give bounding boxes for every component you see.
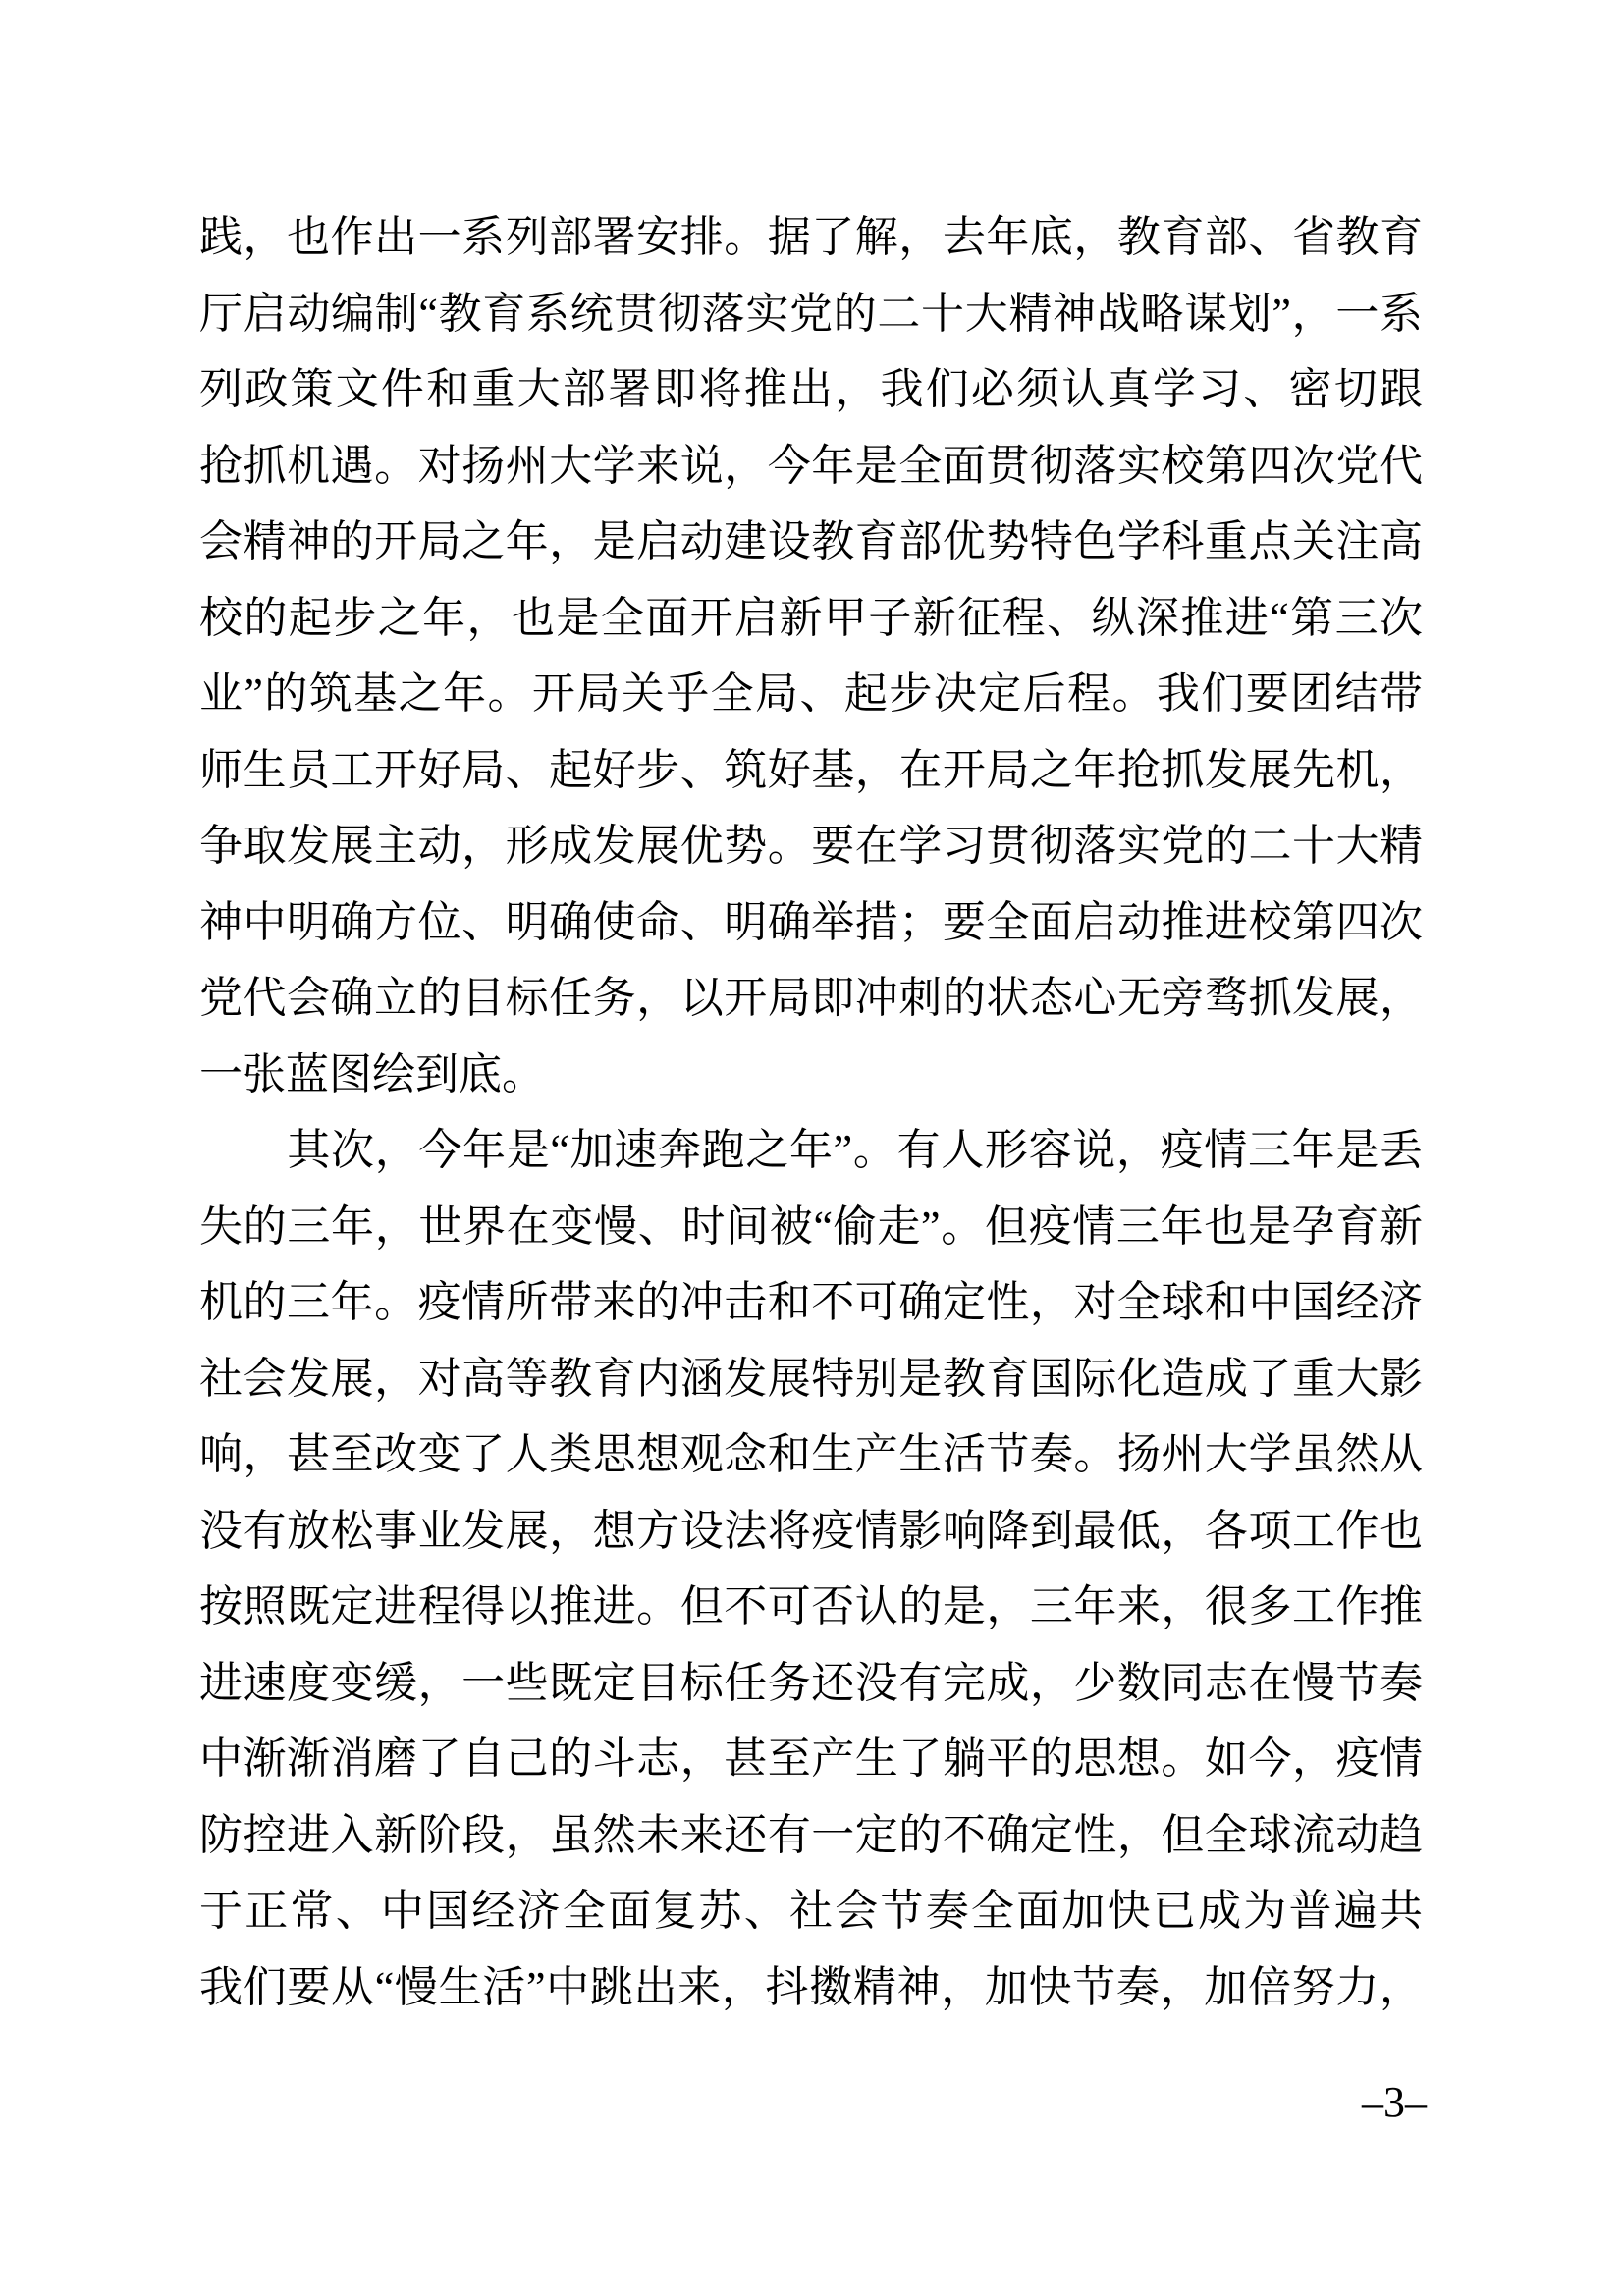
body-text-line: 防控进入新阶段，虽然未来还有一定的不确定性，但全球流动趋 (199, 1797, 1423, 1874)
body-text-line: 会精神的开局之年，是启动建设教育部优势特色学科重点关注高 (199, 504, 1423, 580)
body-text-line: 我们要从“慢生活”中跳出来，抖擞精神，加快节奏，加倍努力， (199, 1949, 1423, 2026)
body-text-line: 业”的筑基之年。开局关乎全局、起步决定后程。我们要团结带领 (199, 656, 1423, 732)
body-text-line: 失的三年，世界在变慢、时间被“偷走”。但疫情三年也是孕育新 (199, 1189, 1423, 1265)
body-text-line: 于正常、中国经济全面复苏、社会节奏全面加快已成为普遍共识。 (199, 1873, 1423, 1949)
body-text-line: 师生员工开好局、起好步、筑好基，在开局之年抢抓发展先机， (199, 732, 1423, 809)
page-number: –3– (1306, 2073, 1483, 2132)
body-text-line: 厅启动编制“教育系统贯彻落实党的二十大精神战略谋划”，一系 (199, 276, 1423, 352)
body-text-line: 响，甚至改变了人类思想观念和生产生活节奏。扬州大学虽然从 (199, 1416, 1423, 1493)
body-text-line: 机的三年。疫情所带来的冲击和不可确定性，对全球和中国经济 (199, 1264, 1423, 1341)
body-text-line: 践，也作出一系列部署安排。据了解，去年底，教育部、省教育 (199, 199, 1423, 276)
body-text-line: 校的起步之年，也是全面开启新甲子新征程、纵深推进“第三次创 (199, 580, 1423, 657)
body-text-block: 践，也作出一系列部署安排。据了解，去年底，教育部、省教育 厅启动编制“教育系统贯… (199, 199, 1423, 2025)
body-text-line: 没有放松事业发展，想方设法将疫情影响降到最低，各项工作也 (199, 1493, 1423, 1570)
body-text-line: 党代会确立的目标任务，以开局即冲刺的状态心无旁骛抓发展， (199, 960, 1423, 1037)
body-text-line: 进速度变缓，一些既定目标任务还没有完成，少数同志在慢节奏 (199, 1645, 1423, 1722)
body-text-line: 列政策文件和重大部署即将推出，我们必须认真学习、密切跟踪、 (199, 351, 1423, 428)
body-text-line: 神中明确方位、明确使命、明确举措；要全面启动推进校第四次 (199, 884, 1423, 961)
document-page: 践，也作出一系列部署安排。据了解，去年底，教育部、省教育 厅启动编制“教育系统贯… (0, 0, 1624, 2296)
body-text-line: 中渐渐消磨了自己的斗志，甚至产生了躺平的思想。如今，疫情 (199, 1721, 1423, 1797)
body-text-line-paragraph-start: 其次，今年是“加速奔跑之年”。有人形容说，疫情三年是丢 (199, 1112, 1423, 1189)
body-text-line: 按照既定进程得以推进。但不可否认的是，三年来，很多工作推 (199, 1569, 1423, 1645)
body-text-line: 社会发展，对高等教育内涵发展特别是教育国际化造成了重大影 (199, 1341, 1423, 1417)
body-text-line: 抢抓机遇。对扬州大学来说，今年是全面贯彻落实校第四次党代 (199, 428, 1423, 505)
body-text-line-paragraph-end: 一张蓝图绘到底。 (199, 1037, 1423, 1113)
body-text-line: 争取发展主动，形成发展优势。要在学习贯彻落实党的二十大精 (199, 808, 1423, 884)
